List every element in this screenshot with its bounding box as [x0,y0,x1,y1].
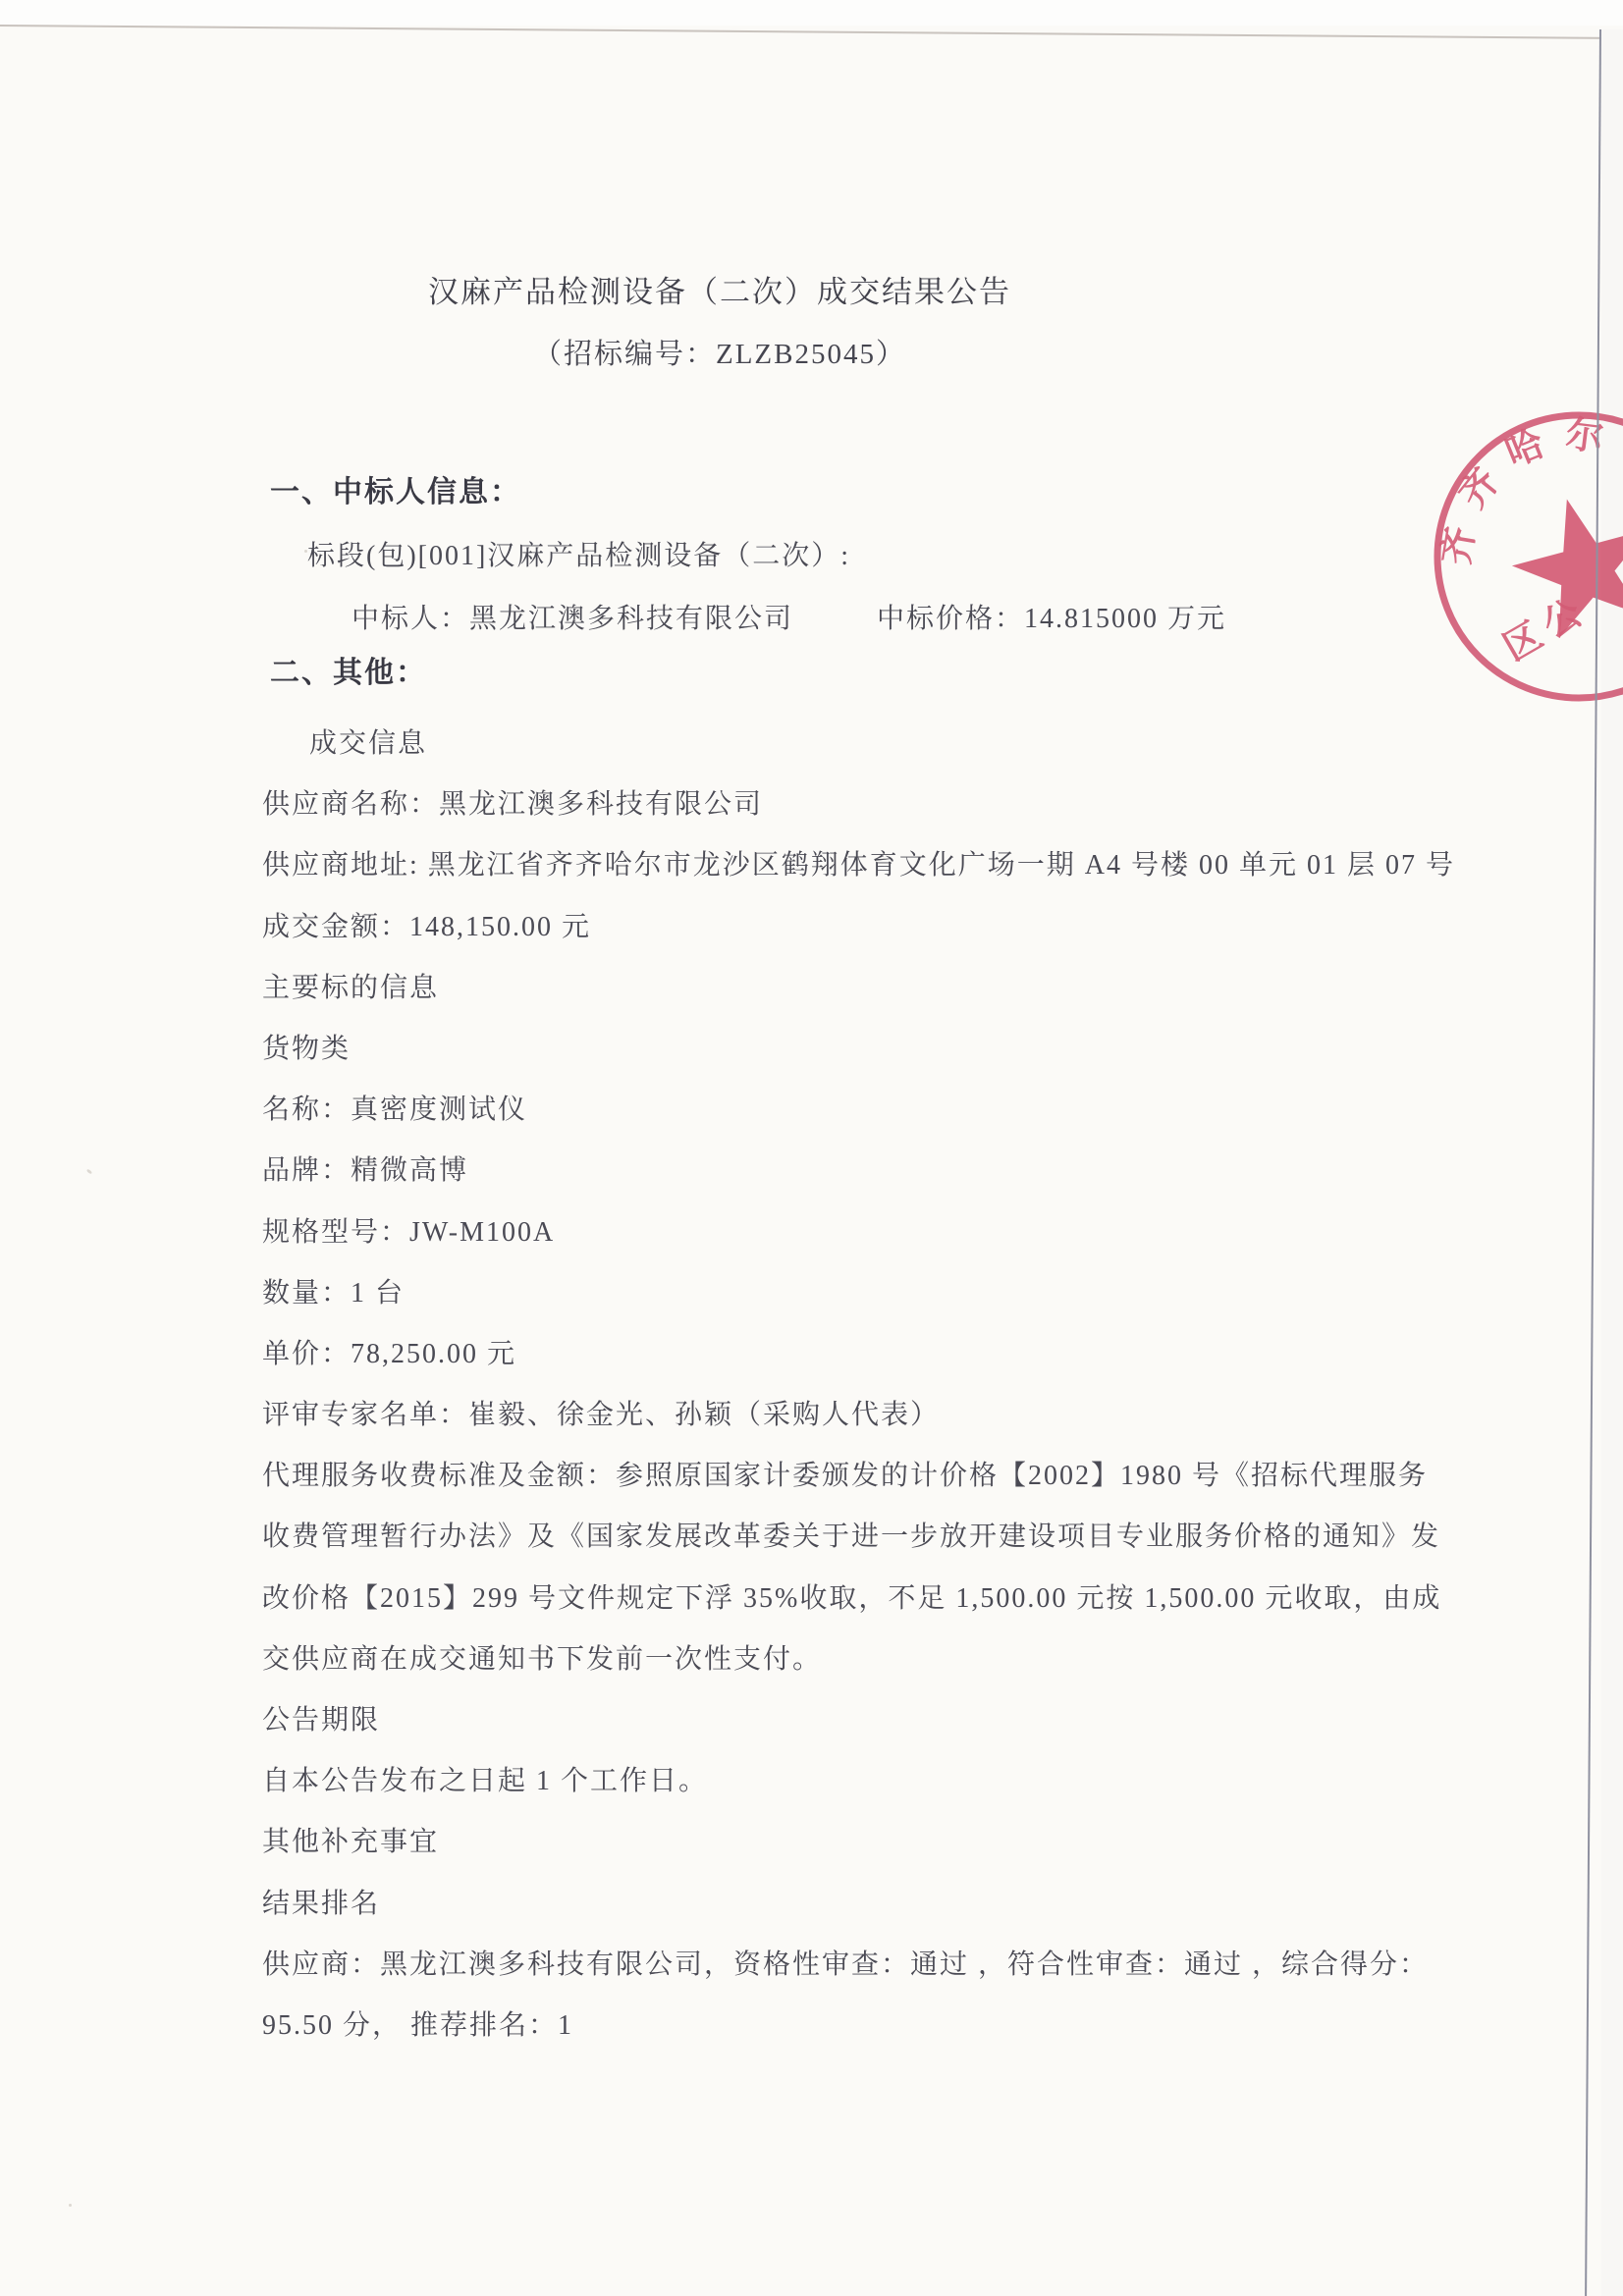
doc-line: 供应商名称：黑龙江澳多科技有限公司 [262,774,1401,835]
title-block: 汉麻产品检测设备（二次）成交结果公告 （招标编号：ZLZB25045） [0,271,1439,376]
winner-price: 中标价格：14.815000 万元 [877,603,1226,636]
scan-right-margin [1601,29,1623,2296]
section-winner-heading: 一、中标人信息： [270,475,521,510]
winner-name: 中标人：黑龙江澳多科技有限公司 [352,603,793,636]
doc-line: 结果排名 [262,1874,1401,1935]
doc-line: 主要标的信息 [262,958,1401,1019]
doc-line: 其他补充事宜 [262,1812,1401,1873]
doc-line: 交供应商在成交通知书下发前一次性支付。 [262,1629,1401,1690]
doc-line: 货物类 [262,1019,1401,1080]
lot-line: 标段(包)[001]汉麻产品检测设备（二次）: [307,540,850,573]
section-other-body: 成交信息 供应商名称：黑龙江澳多科技有限公司 供应商地址: 黑龙江省齐齐哈尔市龙… [262,714,1401,2056]
doc-line: 改价格【2015】299 号文件规定下浮 35%收取，不足 1,500.00 元… [262,1569,1401,1629]
doc-line: 单价：78,250.00 元 [262,1324,1401,1385]
doc-line: 自本公告发布之日起 1 个工作日。 [262,1751,1401,1812]
doc-line: 名称：真密度测试仪 [262,1080,1401,1141]
winner-row: 中标人：黑龙江澳多科技有限公司 中标价格：14.815000 万元 [0,603,1375,636]
doc-line: 供应商：黑龙江澳多科技有限公司，资格性审查：通过 ，符合性审查：通过 ，综合得分… [262,1935,1401,1996]
doc-line: 品牌：精微高博 [262,1141,1401,1201]
doc-line: 成交金额：148,150.00 元 [262,897,1401,958]
doc-line: 代理服务收费标准及金额：参照原国家计委颁发的计价格【2002】1980 号《招标… [262,1446,1401,1507]
doc-line: 收费管理暂行办法》及《国家发展改革委关于进一步放开建设项目专业服务价格的通知》发 [262,1507,1401,1568]
red-seal-stamp: 齐齐哈尔市 区公 [1429,404,1623,711]
scan-top-margin [0,0,1623,26]
page-title: 汉麻产品检测设备（二次）成交结果公告 [0,271,1439,314]
doc-line: 规格型号：JW-M100A [262,1202,1401,1263]
section-other-heading: 二、其他： [270,656,427,691]
scan-speck [304,550,307,553]
doc-line: 成交信息 [262,714,1401,774]
doc-line: 95.50 分， 推荐排名：1 [262,1996,1401,2056]
doc-line: 数量：1 台 [262,1263,1401,1324]
tender-number: （招标编号：ZLZB25045） [0,333,1439,376]
doc-line: 公告期限 [262,1690,1401,1751]
doc-line: 供应商地址: 黑龙江省齐齐哈尔市龙沙区鹤翔体育文化广场一期 A4 号楼 00 单… [262,835,1401,896]
scanned-page: { "colors": { "paper": "#fbfaf7", "ink":… [0,0,1623,2296]
scan-speck [69,2204,72,2207]
doc-line: 评审专家名单：崔毅、徐金光、孙颖（采购人代表） [262,1385,1401,1446]
stamp-arc-text-bottom: 区公 [1497,588,1596,668]
